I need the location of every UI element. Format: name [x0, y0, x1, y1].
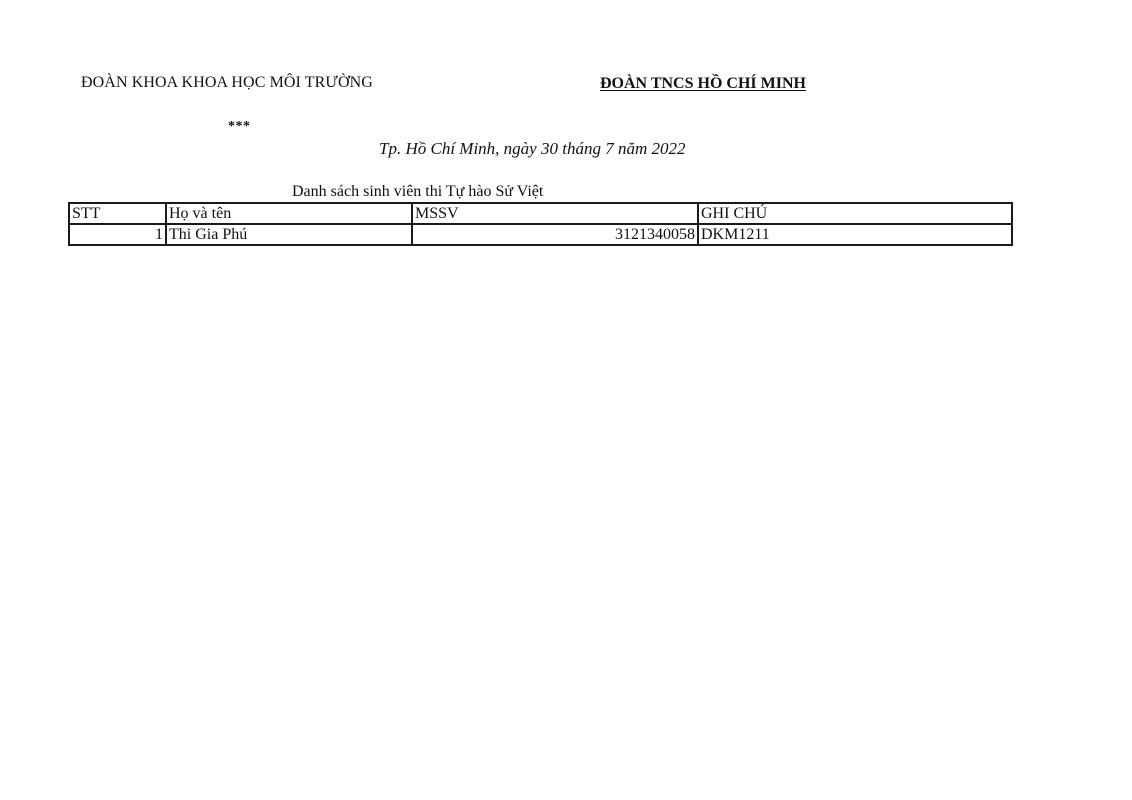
- column-header-mssv: MSSV: [412, 203, 698, 224]
- header-separator: ***: [228, 119, 251, 135]
- left-organization-header: ĐOÀN KHOA KHOA HỌC MÔI TRƯỜNG: [81, 74, 373, 92]
- document-title: Danh sách sinh viên thi Tự hào Sử Việt: [292, 183, 543, 201]
- place-date-line: Tp. Hồ Chí Minh, ngày 30 tháng 7 năm 202…: [379, 139, 685, 159]
- cell-mssv: 3121340058: [412, 224, 698, 245]
- column-header-stt: STT: [69, 203, 166, 224]
- table-row: 1 Thi Gia Phú 3121340058 DKM1211: [69, 224, 1012, 245]
- table-header-row: STT Họ và tên MSSV GHI CHÚ: [69, 203, 1012, 224]
- column-header-name: Họ và tên: [166, 203, 412, 224]
- cell-stt: 1: [69, 224, 166, 245]
- right-organization-header: ĐOÀN TNCS HỒ CHÍ MINH: [600, 75, 806, 93]
- column-header-note: GHI CHÚ: [698, 203, 1012, 224]
- cell-name: Thi Gia Phú: [166, 224, 412, 245]
- student-list-table: STT Họ và tên MSSV GHI CHÚ 1 Thi Gia Phú…: [68, 202, 1013, 246]
- cell-note: DKM1211: [698, 224, 1012, 245]
